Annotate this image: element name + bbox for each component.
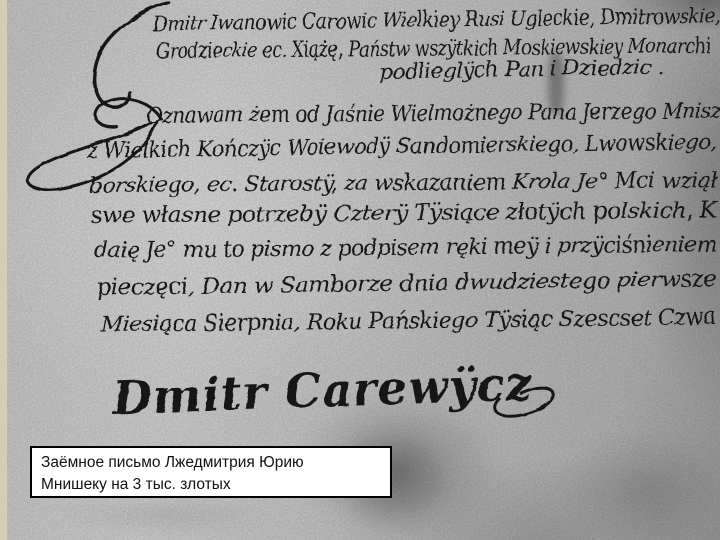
caption-line: Мнишеку на 3 тыс. злотых [41, 474, 381, 496]
manuscript-line: Oznawam żem od Jaśnie Wielmożnego Pana J… [145, 98, 720, 128]
manuscript-line: borskiego, ec. Starostÿ, za wskazaniem K… [88, 168, 718, 198]
presentation-slide: Dmitr Iwanowic Carowic Wielkiey Rusi Ugl… [0, 0, 720, 540]
manuscript-line: swe własne potrzebÿ Czterÿ Tÿsiące złotÿ… [90, 198, 718, 228]
manuscript-line: daię Je° mu to pismo z podpisem ręki meÿ… [94, 231, 716, 263]
manuscript-line: podlieglÿch Pan i Dziedzic . [378, 54, 663, 83]
signature: Dmitr Carewÿcz [109, 355, 533, 424]
manuscript-line: pieczęci, Dan w Samborze dnia dwudzieste… [96, 266, 717, 300]
manuscript-line: z Wielkich Kończÿc Woiewodÿ Sandomierski… [85, 129, 716, 163]
caption-box: Заёмное письмо Лжедмитрия Юрию Мнишеку н… [30, 446, 392, 498]
caption-line: Заёмное письмо Лжедмитрия Юрию [41, 452, 381, 474]
manuscript-line: Dmitr Iwanowic Carowic Wielkiey Rusi Ugl… [151, 3, 720, 35]
manuscript-line: Miesiąca Sierpnia, Roku Pańskiego Tÿsiąc… [99, 304, 716, 337]
